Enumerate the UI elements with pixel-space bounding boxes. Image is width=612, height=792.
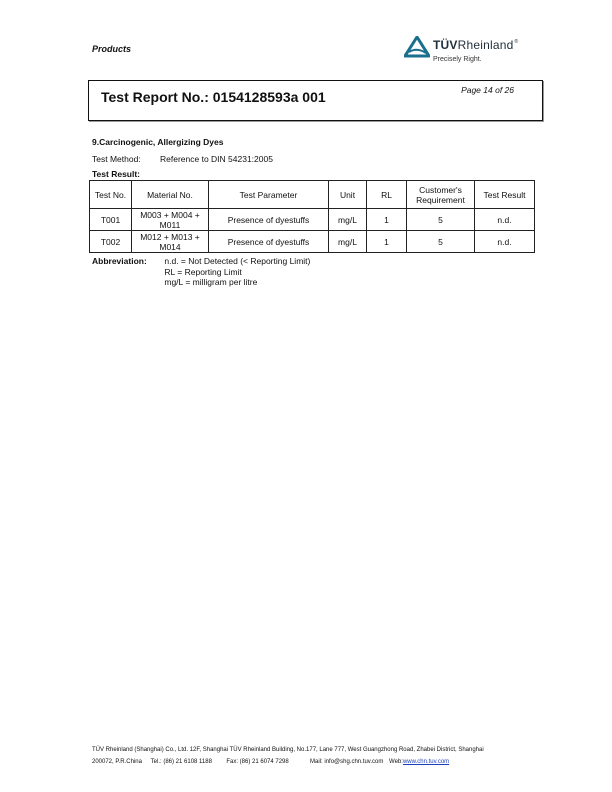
cell-rl: 1	[367, 231, 407, 253]
cell-test-result: n.d.	[475, 231, 535, 253]
column-header-material-no: Material No.	[132, 181, 209, 209]
abbreviation-label: Abbreviation:	[92, 256, 162, 267]
report-number-title: Test Report No.: 0154128593a 001	[101, 89, 326, 105]
abbreviation-item: mg/L = milligram per litre	[164, 277, 310, 288]
section-title: 9.Carcinogenic, Allergizing Dyes	[92, 137, 223, 147]
abbreviation-item: n.d. = Not Detected (< Reporting Limit)	[164, 256, 310, 267]
cell-material-no: M012 + M013 + M014	[132, 231, 209, 253]
footer-fax: Fax: (86) 21 6074 7298	[226, 756, 308, 768]
footer-postcode: 200072, P.R.China	[92, 756, 149, 768]
cell-customer-requirement: 5	[407, 231, 475, 253]
footer-web-label: Web:	[389, 756, 403, 768]
footer-tel: Tel.: (86) 21 6108 1188	[151, 756, 225, 768]
column-header-test-result: Test Result	[475, 181, 535, 209]
abbreviation-list: n.d. = Not Detected (< Reporting Limit) …	[164, 256, 310, 288]
footer-web-link[interactable]: www.chn.tuv.com	[403, 759, 449, 765]
abbreviation-block: Abbreviation: n.d. = Not Detected (< Rep…	[92, 256, 310, 288]
cell-test-no: T002	[90, 231, 132, 253]
test-method-value: Reference to DIN 54231:2005	[160, 154, 273, 164]
column-header-rl: RL	[367, 181, 407, 209]
tuv-triangle-logo-icon	[404, 36, 430, 58]
abbreviation-item: RL = Reporting Limit	[164, 267, 310, 278]
column-header-test-parameter: Test Parameter	[209, 181, 329, 209]
page-number: Page 14 of 26	[461, 85, 514, 95]
cell-test-result: n.d.	[475, 209, 535, 231]
header-section-label: Products	[92, 44, 131, 54]
cell-test-parameter: Presence of dyestuffs	[209, 231, 329, 253]
footer-mail: Mail: info@shg.chn.tuv.com	[310, 756, 383, 768]
cell-material-no: M003 + M004 + M011	[132, 209, 209, 231]
table-header-row: Test No. Material No. Test Parameter Uni…	[90, 181, 535, 209]
test-results-table: Test No. Material No. Test Parameter Uni…	[89, 180, 535, 253]
table-row: T002 M012 + M013 + M014 Presence of dyes…	[90, 231, 535, 253]
tuv-rheinland-logo: TÜVRheinland® Precisely Right.	[404, 36, 534, 70]
cell-customer-requirement: 5	[407, 209, 475, 231]
cell-test-no: T001	[90, 209, 132, 231]
test-result-label: Test Result:	[92, 169, 140, 179]
column-header-customer-requirement: Customer's Requirement	[407, 181, 475, 209]
table-row: T001 M003 + M004 + M011 Presence of dyes…	[90, 209, 535, 231]
cell-unit: mg/L	[329, 209, 367, 231]
column-header-unit: Unit	[329, 181, 367, 209]
logo-brand-name: TÜVRheinland®	[433, 38, 518, 52]
column-header-test-no: Test No.	[90, 181, 132, 209]
page-footer: TÜV Rheinland (Shanghai) Co., Ltd. 12F, …	[92, 744, 484, 768]
cell-unit: mg/L	[329, 231, 367, 253]
test-method-label: Test Method:	[92, 154, 141, 164]
footer-address: TÜV Rheinland (Shanghai) Co., Ltd. 12F, …	[92, 744, 484, 756]
logo-tagline: Precisely Right.	[433, 56, 482, 63]
cell-test-parameter: Presence of dyestuffs	[209, 209, 329, 231]
report-title-box: Test Report No.: 0154128593a 001 Page 14…	[88, 80, 543, 121]
cell-rl: 1	[367, 209, 407, 231]
